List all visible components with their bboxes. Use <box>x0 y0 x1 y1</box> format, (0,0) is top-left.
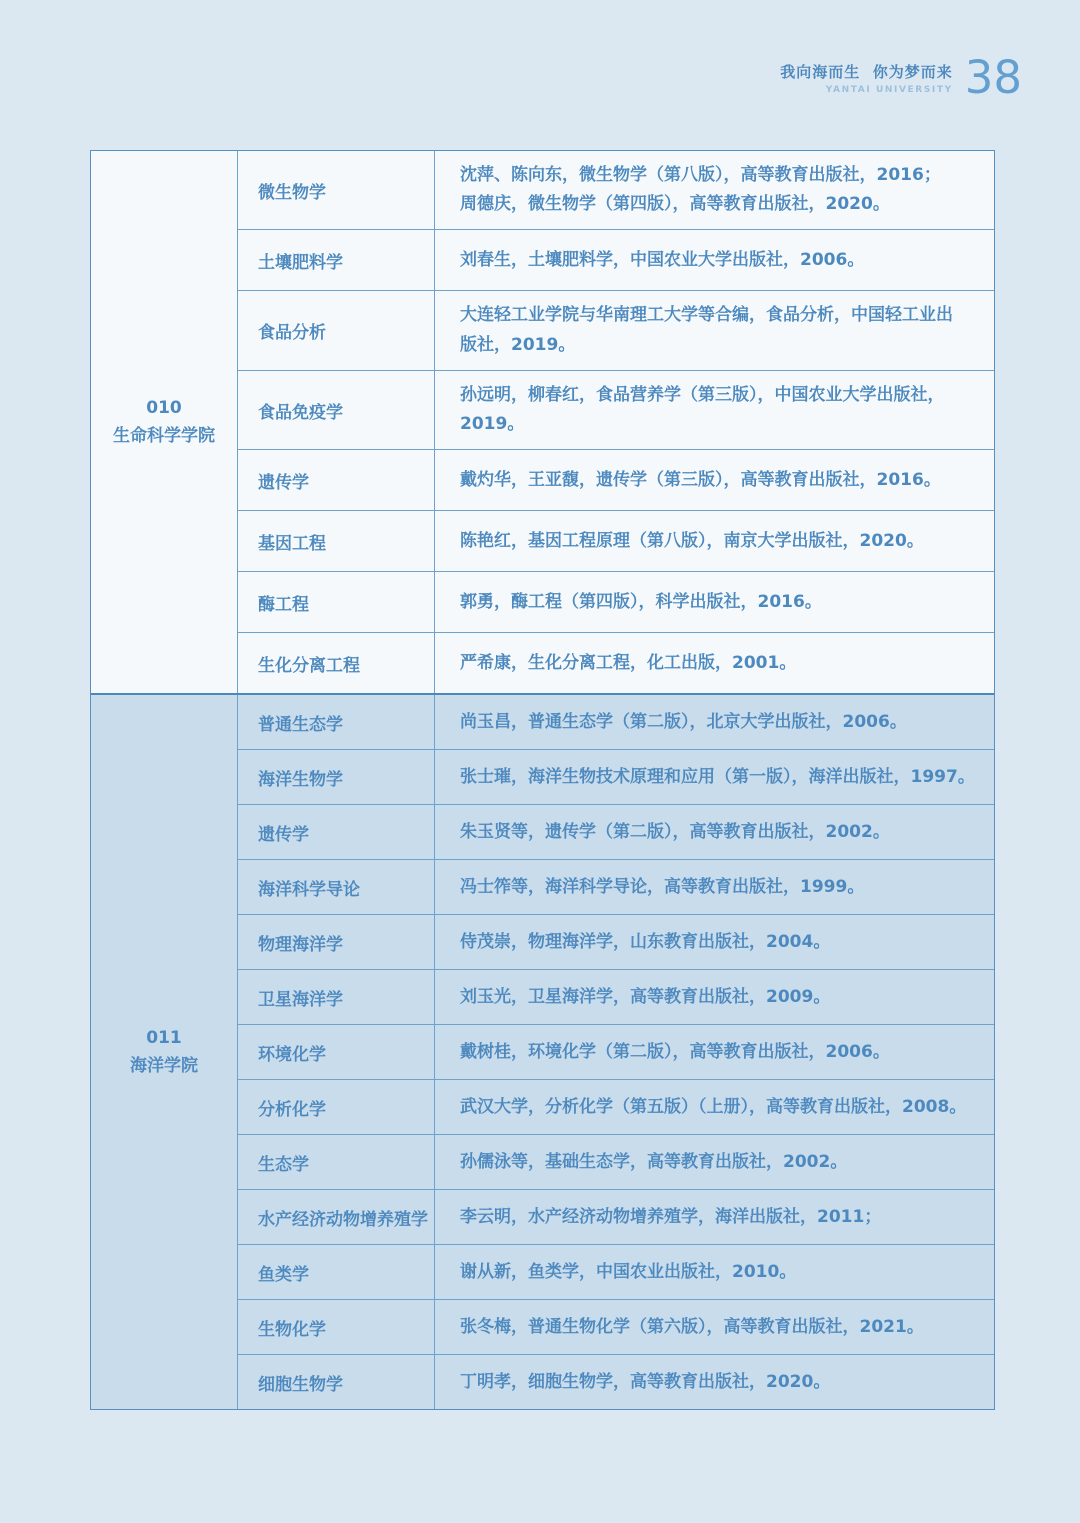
reference-cell: 张士璀，海洋生物技术原理和应用（第一版），海洋出版社，1997。 <box>435 750 994 804</box>
college-section: 011 海洋学院 普通生态学 尚玉昌，普通生态学（第二版），北京大学出版社，20… <box>91 693 994 1409</box>
course-name-cell: 生态学 <box>238 1135 435 1189</box>
table-row: 生态学 孙儒泳等，基础生态学，高等教育出版社，2002。 <box>238 1135 994 1190</box>
reference-cell: 朱玉贤等，遗传学（第二版），高等教育出版社，2002。 <box>435 805 994 859</box>
table-row: 海洋生物学 张士璀，海洋生物技术原理和应用（第一版），海洋出版社，1997。 <box>238 750 994 805</box>
reference-cell: 侍茂崇，物理海洋学，山东教育出版社，2004。 <box>435 915 994 969</box>
reference-cell: 孙远明，柳春红，食品营养学（第三版），中国农业大学出版社， 2019。 <box>435 371 994 449</box>
table-row: 普通生态学 尚玉昌，普通生态学（第二版），北京大学出版社，2006。 <box>238 695 994 750</box>
course-name-cell: 卫星海洋学 <box>238 970 435 1024</box>
college-name: 海洋学院 <box>130 1052 198 1080</box>
course-name-cell: 遗传学 <box>238 450 435 510</box>
table-row: 生物化学 张冬梅，普通生物化学（第六版），高等教育出版社，2021。 <box>238 1300 994 1355</box>
reference-table: 010 生命科学学院 微生物学 沈萍、陈向东，微生物学（第八版），高等教育出版社… <box>90 150 995 1410</box>
page-number: 38 <box>965 57 1022 100</box>
course-rows: 普通生态学 尚玉昌，普通生态学（第二版），北京大学出版社，2006。 海洋生物学… <box>238 695 994 1409</box>
reference-cell: 沈萍、陈向东，微生物学（第八版），高等教育出版社，2016； 周德庆，微生物学（… <box>435 151 994 229</box>
course-rows: 微生物学 沈萍、陈向东，微生物学（第八版），高等教育出版社，2016； 周德庆，… <box>238 151 994 693</box>
slogan-text: 我向海而生 你为梦而来 <box>780 61 952 82</box>
page-header: 我向海而生 你为梦而来 YANTAI UNIVERSITY 38 <box>780 57 1022 100</box>
table-row: 食品免疫学 孙远明，柳春红，食品营养学（第三版），中国农业大学出版社， 2019… <box>238 371 994 450</box>
course-name-cell: 食品分析 <box>238 291 435 369</box>
table-row: 土壤肥料学 刘春生，土壤肥料学，中国农业大学出版社，2006。 <box>238 230 994 291</box>
course-name-cell: 食品免疫学 <box>238 371 435 449</box>
reference-cell: 张冬梅，普通生物化学（第六版），高等教育出版社，2021。 <box>435 1300 994 1354</box>
course-name-cell: 物理海洋学 <box>238 915 435 969</box>
table-row: 基因工程 陈艳红，基因工程原理（第八版），南京大学出版社，2020。 <box>238 511 994 572</box>
table-row: 物理海洋学 侍茂崇，物理海洋学，山东教育出版社，2004。 <box>238 915 994 970</box>
course-name-cell: 遗传学 <box>238 805 435 859</box>
table-row: 食品分析 大连轻工业学院与华南理工大学等合编，食品分析，中国轻工业出 版社，20… <box>238 291 994 370</box>
college-cell: 011 海洋学院 <box>91 695 238 1409</box>
table-row: 细胞生物学 丁明孝，细胞生物学，高等教育出版社，2020。 <box>238 1355 994 1409</box>
table-row: 卫星海洋学 刘玉光，卫星海洋学，高等教育出版社，2009。 <box>238 970 994 1025</box>
reference-cell: 冯士筰等，海洋科学导论，高等教育出版社，1999。 <box>435 860 994 914</box>
reference-cell: 谢从新，鱼类学，中国农业出版社，2010。 <box>435 1245 994 1299</box>
course-name-cell: 基因工程 <box>238 511 435 571</box>
course-name-cell: 海洋科学导论 <box>238 860 435 914</box>
table-row: 微生物学 沈萍、陈向东，微生物学（第八版），高等教育出版社，2016； 周德庆，… <box>238 151 994 230</box>
reference-cell: 李云明，水产经济动物增养殖学，海洋出版社，2011； <box>435 1190 994 1244</box>
table-row: 分析化学 武汉大学，分析化学（第五版）（上册），高等教育出版社，2008。 <box>238 1080 994 1135</box>
reference-cell: 陈艳红，基因工程原理（第八版），南京大学出版社，2020。 <box>435 511 994 571</box>
reference-cell: 刘玉光，卫星海洋学，高等教育出版社，2009。 <box>435 970 994 1024</box>
table-row: 酶工程 郭勇，酶工程（第四版），科学出版社，2016。 <box>238 572 994 633</box>
course-name-cell: 生物化学 <box>238 1300 435 1354</box>
table-row: 鱼类学 谢从新，鱼类学，中国农业出版社，2010。 <box>238 1245 994 1300</box>
reference-cell: 刘春生，土壤肥料学，中国农业大学出版社，2006。 <box>435 230 994 290</box>
reference-cell: 尚玉昌，普通生态学（第二版），北京大学出版社，2006。 <box>435 695 994 749</box>
college-code: 010 <box>146 394 182 422</box>
college-section: 010 生命科学学院 微生物学 沈萍、陈向东，微生物学（第八版），高等教育出版社… <box>91 151 994 693</box>
course-name-cell: 酶工程 <box>238 572 435 632</box>
course-name-cell: 水产经济动物增养殖学 <box>238 1190 435 1244</box>
reference-cell: 大连轻工业学院与华南理工大学等合编，食品分析，中国轻工业出 版社，2019。 <box>435 291 994 369</box>
reference-cell: 严希康，生化分离工程，化工出版，2001。 <box>435 633 994 693</box>
college-cell: 010 生命科学学院 <box>91 151 238 693</box>
college-code: 011 <box>146 1024 182 1052</box>
table-row: 水产经济动物增养殖学 李云明，水产经济动物增养殖学，海洋出版社，2011； <box>238 1190 994 1245</box>
reference-cell: 郭勇，酶工程（第四版），科学出版社，2016。 <box>435 572 994 632</box>
course-name-cell: 分析化学 <box>238 1080 435 1134</box>
course-name-cell: 微生物学 <box>238 151 435 229</box>
course-name-cell: 生化分离工程 <box>238 633 435 693</box>
course-name-cell: 土壤肥料学 <box>238 230 435 290</box>
table-row: 生化分离工程 严希康，生化分离工程，化工出版，2001。 <box>238 633 994 693</box>
college-name: 生命科学学院 <box>113 422 215 450</box>
course-name-cell: 海洋生物学 <box>238 750 435 804</box>
reference-cell: 武汉大学，分析化学（第五版）（上册），高等教育出版社，2008。 <box>435 1080 994 1134</box>
course-name-cell: 普通生态学 <box>238 695 435 749</box>
reference-cell: 孙儒泳等，基础生态学，高等教育出版社，2002。 <box>435 1135 994 1189</box>
course-name-cell: 环境化学 <box>238 1025 435 1079</box>
slogan-block: 我向海而生 你为梦而来 YANTAI UNIVERSITY <box>780 57 952 95</box>
table-row: 环境化学 戴树桂，环境化学（第二版），高等教育出版社，2006。 <box>238 1025 994 1080</box>
reference-cell: 丁明孝，细胞生物学，高等教育出版社，2020。 <box>435 1355 994 1409</box>
table-row: 遗传学 戴灼华，王亚馥，遗传学（第三版），高等教育出版社，2016。 <box>238 450 994 511</box>
university-name-en: YANTAI UNIVERSITY <box>780 85 952 95</box>
table-row: 海洋科学导论 冯士筰等，海洋科学导论，高等教育出版社，1999。 <box>238 860 994 915</box>
reference-cell: 戴树桂，环境化学（第二版），高等教育出版社，2006。 <box>435 1025 994 1079</box>
reference-cell: 戴灼华，王亚馥，遗传学（第三版），高等教育出版社，2016。 <box>435 450 994 510</box>
course-name-cell: 细胞生物学 <box>238 1355 435 1409</box>
table-row: 遗传学 朱玉贤等，遗传学（第二版），高等教育出版社，2002。 <box>238 805 994 860</box>
course-name-cell: 鱼类学 <box>238 1245 435 1299</box>
